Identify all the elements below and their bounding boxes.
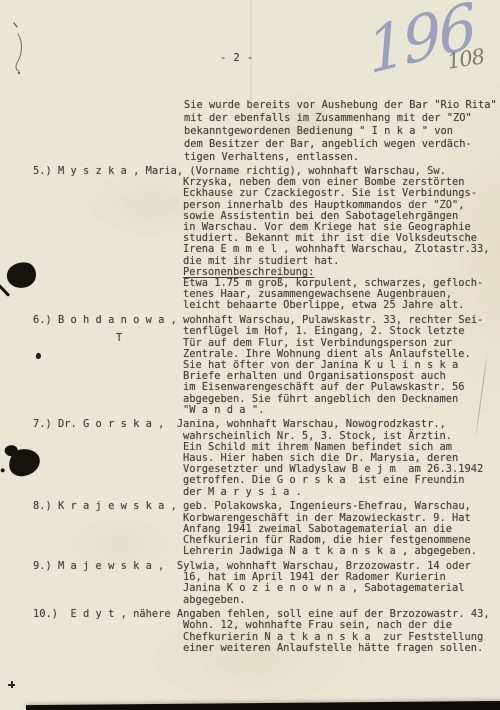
handwritten-blue-number: 196 xyxy=(364,0,478,88)
intro-paragraph: Sie wurde bereits vor Aushebung der Bar … xyxy=(184,99,497,164)
entry-5: 5.) M y s z k a , Maria, (Vorname richti… xyxy=(33,166,490,312)
intro-line: tigen Verhaltens, entlassen. xyxy=(184,151,497,164)
entry-line: der M a r y s i a . xyxy=(33,487,490,498)
entry-9: 9.) M a j e w s k a , Sylwia, wohnhaft W… xyxy=(33,561,490,606)
entry-line: im Eisenwarengeschäft auf der Pulawskast… xyxy=(33,382,490,393)
entry-line: Lehrerin Jadwiga N a t k a n s k a , abg… xyxy=(33,546,490,557)
entry-line: einer weiteren Anlaufstelle hätte fragen… xyxy=(33,643,490,654)
stray-typed-character: T xyxy=(116,332,122,344)
entry-8: 8.) K r a j e w s k a , geb. Polakowska,… xyxy=(33,501,490,557)
entry-first-line: 8.) K r a j e w s k a , geb. Polakowska,… xyxy=(33,501,490,512)
entry-line: abgegeben. xyxy=(33,595,490,606)
entry-line: Janina K o z i e n o w n a , Sabotagemat… xyxy=(33,583,490,594)
handwritten-pencil-number: 108 xyxy=(445,44,485,74)
entry-line: Irena E m m e l , wohnhaft Warschau, Zlo… xyxy=(33,244,490,255)
intro-line: mit der ebenfalls im Zusammenhang mit de… xyxy=(184,112,497,125)
pencil-squiggle-mark xyxy=(6,20,32,78)
entry-line: leicht behaarte Oberlippe, etwa 25 Jahre… xyxy=(33,300,490,311)
entry-line: getroffen. Die G o r s k a ist eine Freu… xyxy=(33,475,490,486)
entry-line: "W a n d a ". xyxy=(33,405,490,416)
page-number: - 2 - xyxy=(220,52,254,64)
intro-line: Sie wurde bereits vor Aushebung der Bar … xyxy=(184,99,497,112)
entry-7: 7.) Dr. G o r s k a , Janina, wohnhaft W… xyxy=(33,419,490,497)
intro-line: dem Besitzer der Bar, angeblich wegen ve… xyxy=(184,138,497,151)
entry-first-line: 7.) Dr. G o r s k a , Janina, wohnhaft W… xyxy=(33,419,490,430)
page-bottom-edge xyxy=(26,701,500,710)
entry-line: tenflügel im Hof, 1. Eingang, 2. Stock l… xyxy=(33,326,490,337)
entry-line: Eckhause zur Czackiegostr. Sie ist Verbi… xyxy=(33,188,490,199)
entry-line: Wohn. 12, wohnhafte Frau sein, nach der … xyxy=(33,620,490,631)
scanned-document-page: - 2 - 196 108 Sie wurde bereits vor Aush… xyxy=(0,0,500,710)
entry-10: 10.) E d y t , nähere Angaben fehlen, so… xyxy=(33,609,490,654)
paper-crease-top xyxy=(250,0,252,110)
intro-line: bekanntgewordenen Bedienung " I n k a " … xyxy=(184,125,497,138)
entry-6: 6.) B o h d a n o w a , wohnhaft Warscha… xyxy=(33,315,490,416)
entry-list: 5.) M y s z k a , Maria, (Vorname richti… xyxy=(33,166,490,658)
pencil-cross-mark xyxy=(8,681,15,688)
